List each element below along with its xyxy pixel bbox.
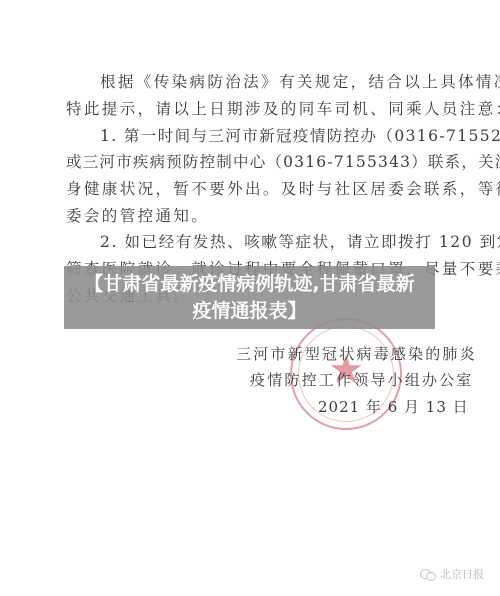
body-line: 2. 如已经有发热、咳嗽等症状，请立即拨打 120 到定点 — [100, 230, 500, 252]
body-line: 根据《传染病防治法》有关规定，结合以上具体情况， — [100, 70, 500, 92]
watermark-label: 北京日报 — [440, 566, 484, 582]
body-line: 身健康状况，暂不要外出。及时与社区居委会联系，等待居 — [66, 177, 500, 199]
source-watermark: 北京日报 — [420, 566, 484, 582]
wechat-icon — [420, 568, 436, 580]
body-line: 1. 第一时间与三河市新冠疫情防控办（0316-7155277） — [100, 124, 500, 146]
overlay-title: 【甘肃省最新疫情病例轨迹,甘肃省最新疫情通报表】 — [80, 271, 420, 325]
signature-org-line2: 疫情防控工作领导小组办公室 — [250, 369, 474, 390]
signature-org-line1: 三河市新型冠状病毒感染的肺炎 — [236, 343, 477, 364]
title-overlay-banner: 【甘肃省最新疫情病例轨迹,甘肃省最新疫情通报表】 — [64, 266, 435, 329]
body-line: 委会的管控通知。 — [66, 204, 209, 226]
body-line: 特此提示，请以上日期涉及的同车司机、同乘人员注意： — [66, 97, 500, 119]
signature-date: 2021 年 6 月 13 日 — [318, 396, 469, 417]
body-line: 或三河市疾病预防控制中心（0316-7155343）联系，关注自 — [66, 150, 500, 172]
